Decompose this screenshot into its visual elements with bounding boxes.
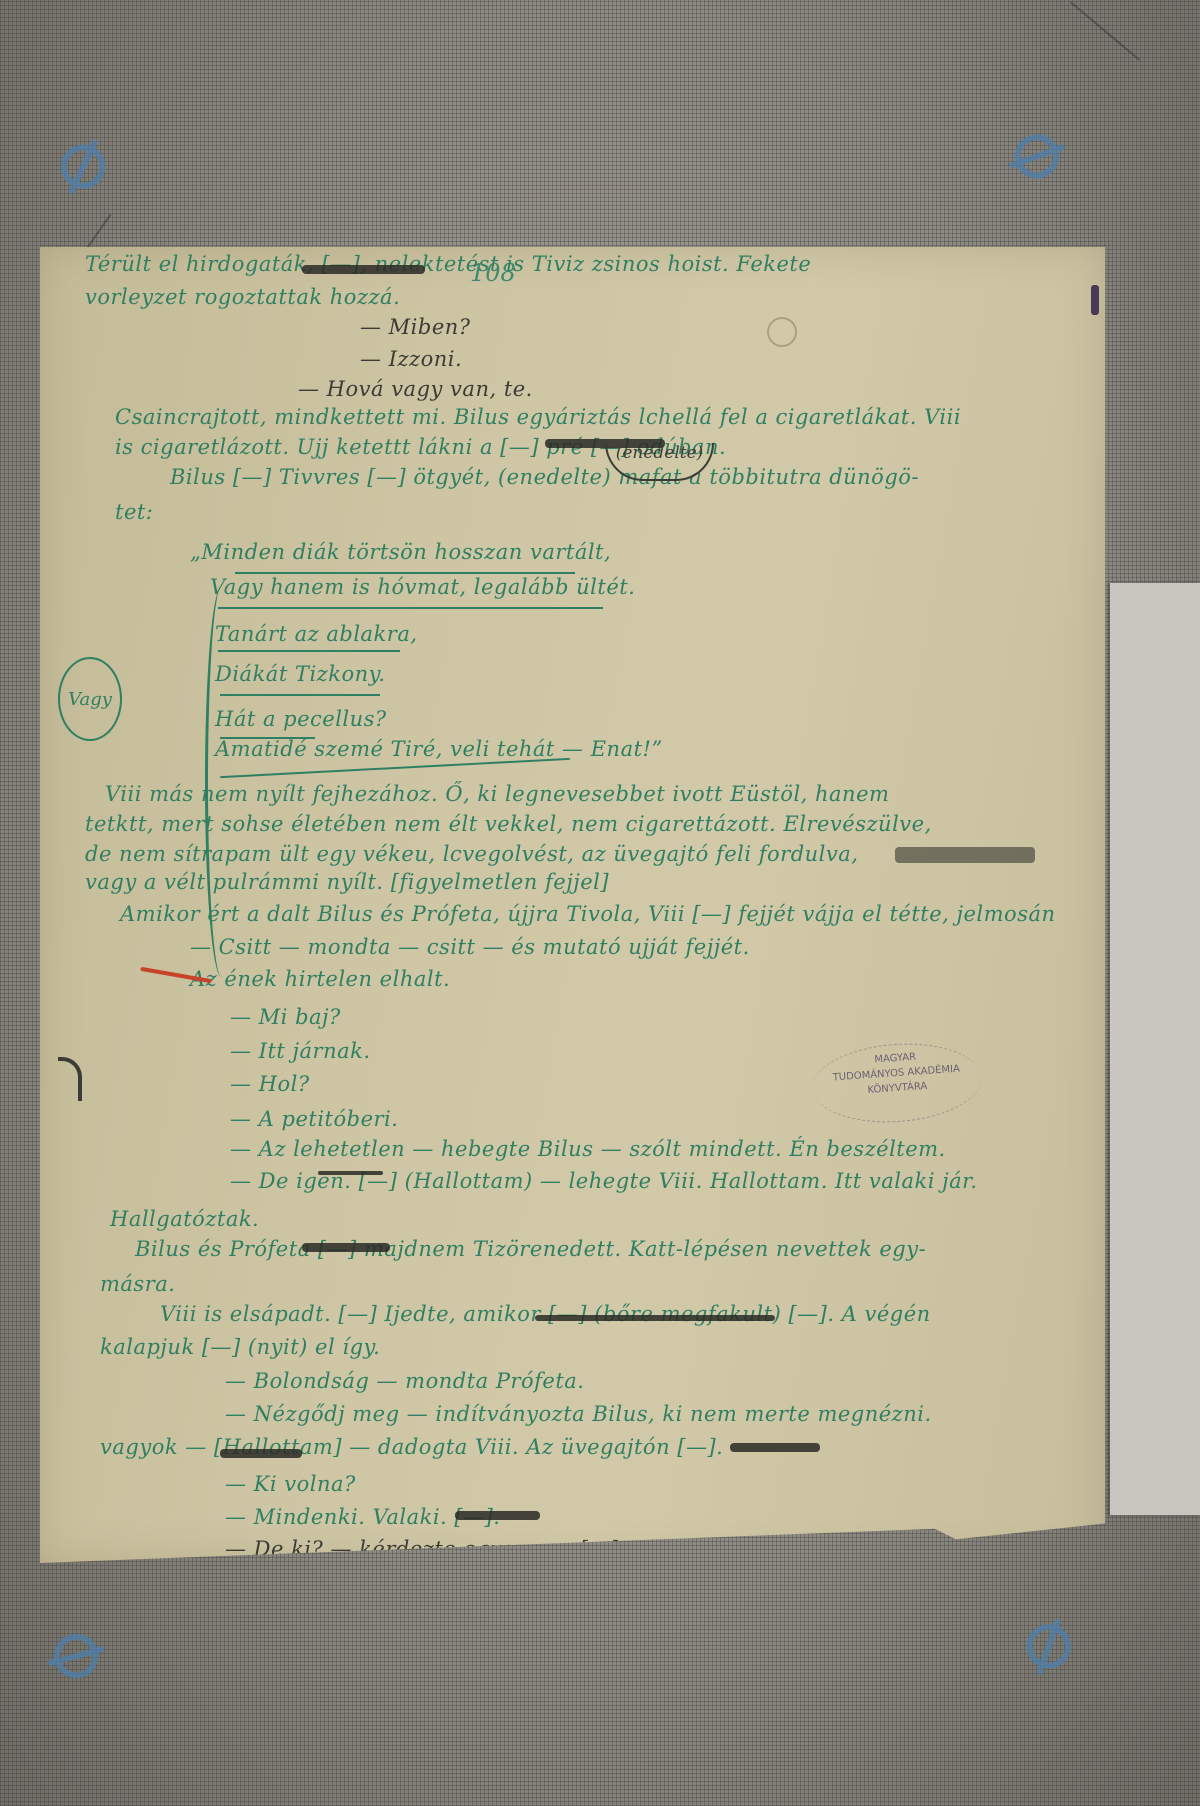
dialogue-line: — Bolondság — mondta Prófeta.: [225, 1369, 584, 1393]
verse-underline: [218, 607, 603, 609]
manuscript-line: tet:: [115, 500, 153, 524]
verse-line: Hát a pecellus?: [215, 707, 387, 731]
verse-line: Amatidé szemé Tiré, veli tehát — Enat!”: [215, 737, 663, 761]
verse-underline: [218, 650, 400, 652]
dialogue-line: — A petitóberi.: [230, 1107, 398, 1131]
manuscript-line: Bilus és Prófeta [—] majdnem Tizörenedet…: [135, 1237, 926, 1261]
verse-line: Vagy hanem is hóvmat, legalább ültét.: [210, 575, 635, 599]
manuscript-page: 108 Térült el hirdogaták, [—], nelekteté…: [40, 247, 1105, 1563]
manuscript-line: Az ének hirtelen elhalt.: [190, 967, 450, 991]
strikethrough: [535, 1315, 775, 1321]
margin-note-circled: Vagy: [58, 657, 122, 741]
verse-underline: [235, 572, 575, 574]
manuscript-line: Hallgatóztak.: [110, 1207, 259, 1231]
dialogue-line: — Csitt — mondta — csitt — és mutató ujj…: [190, 935, 750, 959]
strikethrough: [218, 1573, 328, 1578]
manuscript-line: Amikor ért a dalt Bilus és Prófeta, újjr…: [120, 902, 1056, 926]
manuscript-line: de nem sítrapam ült egy vékeu, lcvegolvé…: [85, 842, 858, 866]
paper-stain: [767, 317, 797, 347]
dialogue-line: — Az lehetetlen — hebegte Bilus — szólt …: [230, 1137, 946, 1161]
manuscript-line: Viii más nem nyílt fejhezához. Ő, ki leg…: [105, 782, 889, 806]
blue-corner-mark-icon: ⌀: [1002, 1584, 1089, 1694]
dialogue-line: vagyok — [Hallottam] — dadogta Viii. Az …: [100, 1435, 723, 1459]
blue-corner-mark-icon: ⌀: [997, 94, 1084, 204]
dialogue-line: — Izzoni.: [360, 347, 462, 371]
library-stamp: MAGYAR TUDOMÁNYOS AKADÉMIA KÖNYVTÁRA: [809, 1038, 984, 1128]
dialogue-line: — Hol?: [230, 1072, 310, 1096]
strikethrough: [455, 1511, 540, 1520]
blue-corner-mark-icon: ⌀: [34, 1594, 127, 1704]
verse-line: Diákát Tizkony.: [215, 662, 385, 686]
manuscript-line: másra.: [100, 1272, 175, 1296]
blue-corner-mark-icon: ⌀: [40, 104, 121, 213]
dialogue-line: — Nézgődj meg — indítványozta Bilus, ki …: [225, 1402, 932, 1426]
dialogue-line: — Mi baj?: [230, 1005, 341, 1029]
manuscript-line: vagy a vélt pulrámmi nyílt. [figyelmetle…: [85, 870, 609, 894]
verse-line: Tanárt az ablakra,: [215, 622, 418, 646]
strikethrough: [302, 1243, 390, 1252]
ink-blot: [1091, 285, 1099, 315]
manuscript-line: tetktt, mert sohse életében nem élt vekk…: [85, 812, 932, 836]
dialogue-line: — Itt járnak.: [230, 1039, 371, 1063]
manuscript-line: Csaincrajtott, mindkettett mi. Bilus egy…: [115, 405, 961, 429]
manuscript-line: Bilus [—] Tivvres [—] ötgyét, (enedelte)…: [170, 465, 919, 489]
strikethrough: [730, 1443, 820, 1452]
pencil-mark: [1070, 1, 1140, 60]
strikethrough: [302, 265, 425, 274]
dialogue-line: — Hová vagy van, te.: [298, 377, 533, 401]
strikethrough: [318, 1171, 383, 1175]
manuscript-line: kalapjuk [—] (nyit) el így.: [100, 1335, 380, 1359]
dialogue-line: — Ki volna?: [225, 1472, 356, 1496]
manuscript-line: vorleyzet rogoztattak hozzá.: [85, 285, 400, 309]
scribbled-out-text: [895, 847, 1035, 863]
dialogue-line: — De ki? — kérdezte egyszerre [—] Bilus …: [225, 1537, 801, 1561]
manuscript-line: Térült el hirdogaták, [—], nelektetést i…: [85, 252, 811, 276]
verse-line: „Minden diák törtsön hosszan vartált,: [190, 540, 611, 564]
margin-insertion-mark: [58, 1057, 82, 1101]
strikethrough: [220, 1449, 302, 1458]
dialogue-line: — Miben?: [360, 315, 471, 339]
verse-underline: [220, 694, 380, 696]
backing-sheet: [1110, 583, 1200, 1515]
manuscript-line: Viii is elsápadt. [—] Ijedte, amikor [—]…: [160, 1302, 931, 1326]
